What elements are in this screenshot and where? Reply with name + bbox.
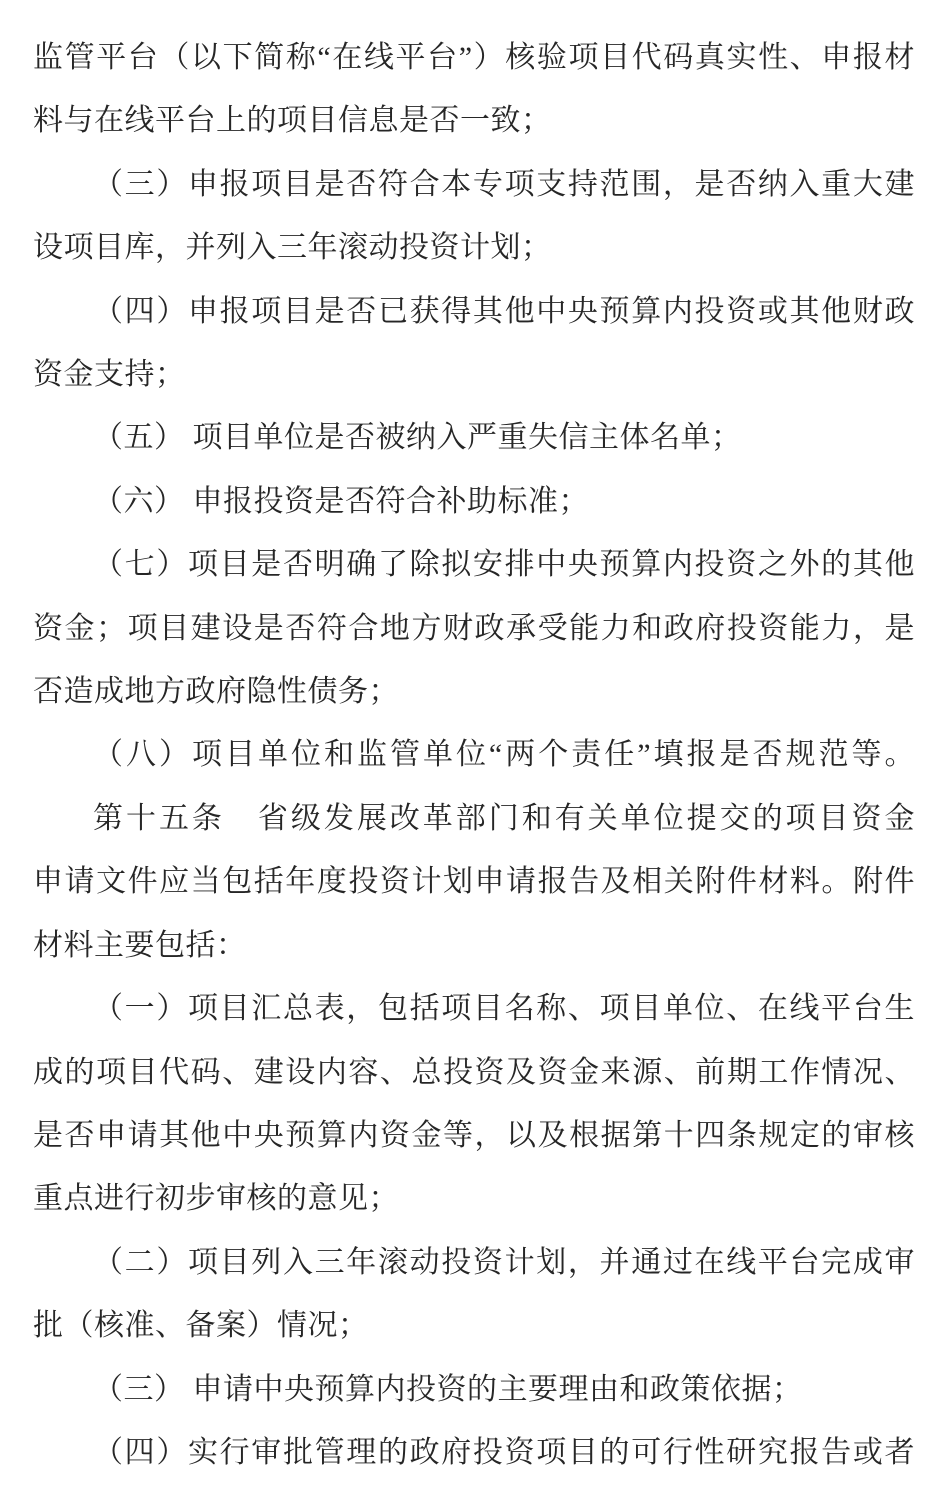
text-line: （八）项目单位和监管单位“两个责任”填报是否规范等。 bbox=[33, 723, 915, 786]
text-line: 是否申请其他中央预算内资金等，以及根据第十四条规定的审核 bbox=[33, 1104, 915, 1167]
text-line: （三） 申请中央预算内投资的主要理由和政策依据； bbox=[33, 1358, 915, 1421]
text-line: （一）项目汇总表，包括项目名称、项目单位、在线平台生 bbox=[33, 977, 915, 1040]
text-line: 料与在线平台上的项目信息是否一致； bbox=[33, 89, 915, 152]
text-line: 设项目库，并列入三年滚动投资计划； bbox=[33, 216, 915, 279]
text-line: 重点进行初步审核的意见； bbox=[33, 1167, 915, 1230]
text-line: （七）项目是否明确了除拟安排中央预算内投资之外的其他 bbox=[33, 533, 915, 596]
text-line: 第十五条 省级发展改革部门和有关单位提交的项目资金 bbox=[33, 787, 915, 850]
text-line: 资金支持； bbox=[33, 343, 915, 406]
text-line: 成的项目代码、建设内容、总投资及资金来源、前期工作情况、 bbox=[33, 1041, 915, 1104]
text-line: （二）项目列入三年滚动投资计划，并通过在线平台完成审 bbox=[33, 1231, 915, 1294]
text-line: （四）实行审批管理的政府投资项目的可行性研究报告或者 bbox=[33, 1421, 915, 1484]
text-line: 否造成地方政府隐性债务； bbox=[33, 660, 915, 723]
text-line: 监管平台（以下简称“在线平台”）核验项目代码真实性、申报材 bbox=[33, 26, 915, 89]
text-line: 材料主要包括： bbox=[33, 914, 915, 977]
text-line: （六） 申报投资是否符合补助标准； bbox=[33, 470, 915, 533]
text-line: （四）申报项目是否已获得其他中央预算内投资或其他财政 bbox=[33, 280, 915, 343]
document-page: 监管平台（以下简称“在线平台”）核验项目代码真实性、申报材料与在线平台上的项目信… bbox=[0, 0, 948, 1486]
text-line: （三）申报项目是否符合本专项支持范围，是否纳入重大建 bbox=[33, 153, 915, 216]
text-line: 资金；项目建设是否符合地方财政承受能力和政府投资能力，是 bbox=[33, 597, 915, 660]
text-line: 申请文件应当包括年度投资计划申请报告及相关附件材料。附件 bbox=[33, 850, 915, 913]
text-line: （五） 项目单位是否被纳入严重失信主体名单； bbox=[33, 406, 915, 469]
text-block: 监管平台（以下简称“在线平台”）核验项目代码真实性、申报材料与在线平台上的项目信… bbox=[33, 26, 915, 1484]
text-line: 批（核准、备案）情况； bbox=[33, 1294, 915, 1357]
